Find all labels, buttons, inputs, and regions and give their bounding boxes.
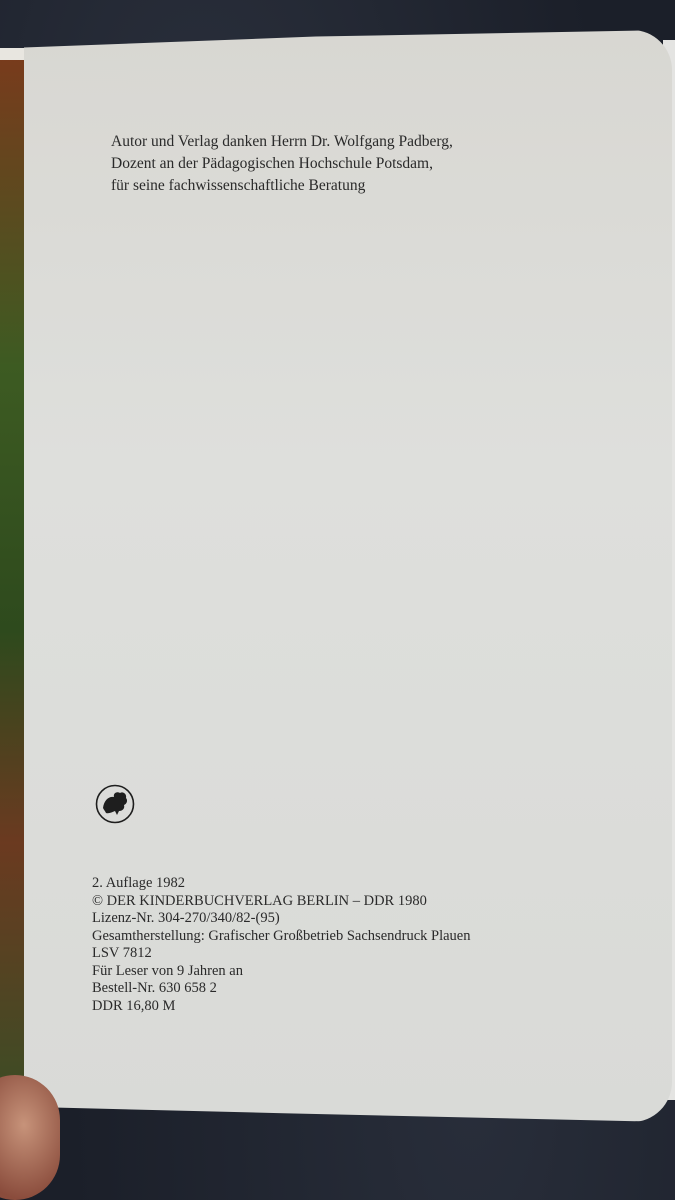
acknowledgement-line: Autor und Verlag danken Herrn Dr. Wolfga…	[111, 131, 453, 153]
license-line: Lizenz-Nr. 304-270/340/82-(95)	[92, 910, 471, 928]
age-line: Für Leser von 9 Jahren an	[92, 963, 471, 981]
thumb	[0, 1075, 60, 1200]
acknowledgement-line: für seine fachwissenschaftliche Beratung	[111, 175, 453, 197]
printer-line: Gesamtherstellung: Grafischer Großbetrie…	[92, 928, 471, 946]
price-line: DDR 16,80 M	[92, 998, 471, 1016]
order-number-line: Bestell-Nr. 630 658 2	[92, 980, 471, 998]
acknowledgement-line: Dozent an der Pädagogischen Hochschule P…	[111, 153, 453, 175]
lsv-line: LSV 7812	[92, 945, 471, 963]
edition-line: 2. Auflage 1982	[92, 875, 471, 893]
acknowledgement-text: Autor und Verlag danken Herrn Dr. Wolfga…	[111, 131, 453, 197]
imprint-block: 2. Auflage 1982 © DER KINDERBUCHVERLAG B…	[92, 875, 471, 1015]
publisher-griffin-logo-icon	[95, 784, 135, 824]
copyright-line: © DER KINDERBUCHVERLAG BERLIN – DDR 1980	[92, 893, 471, 911]
